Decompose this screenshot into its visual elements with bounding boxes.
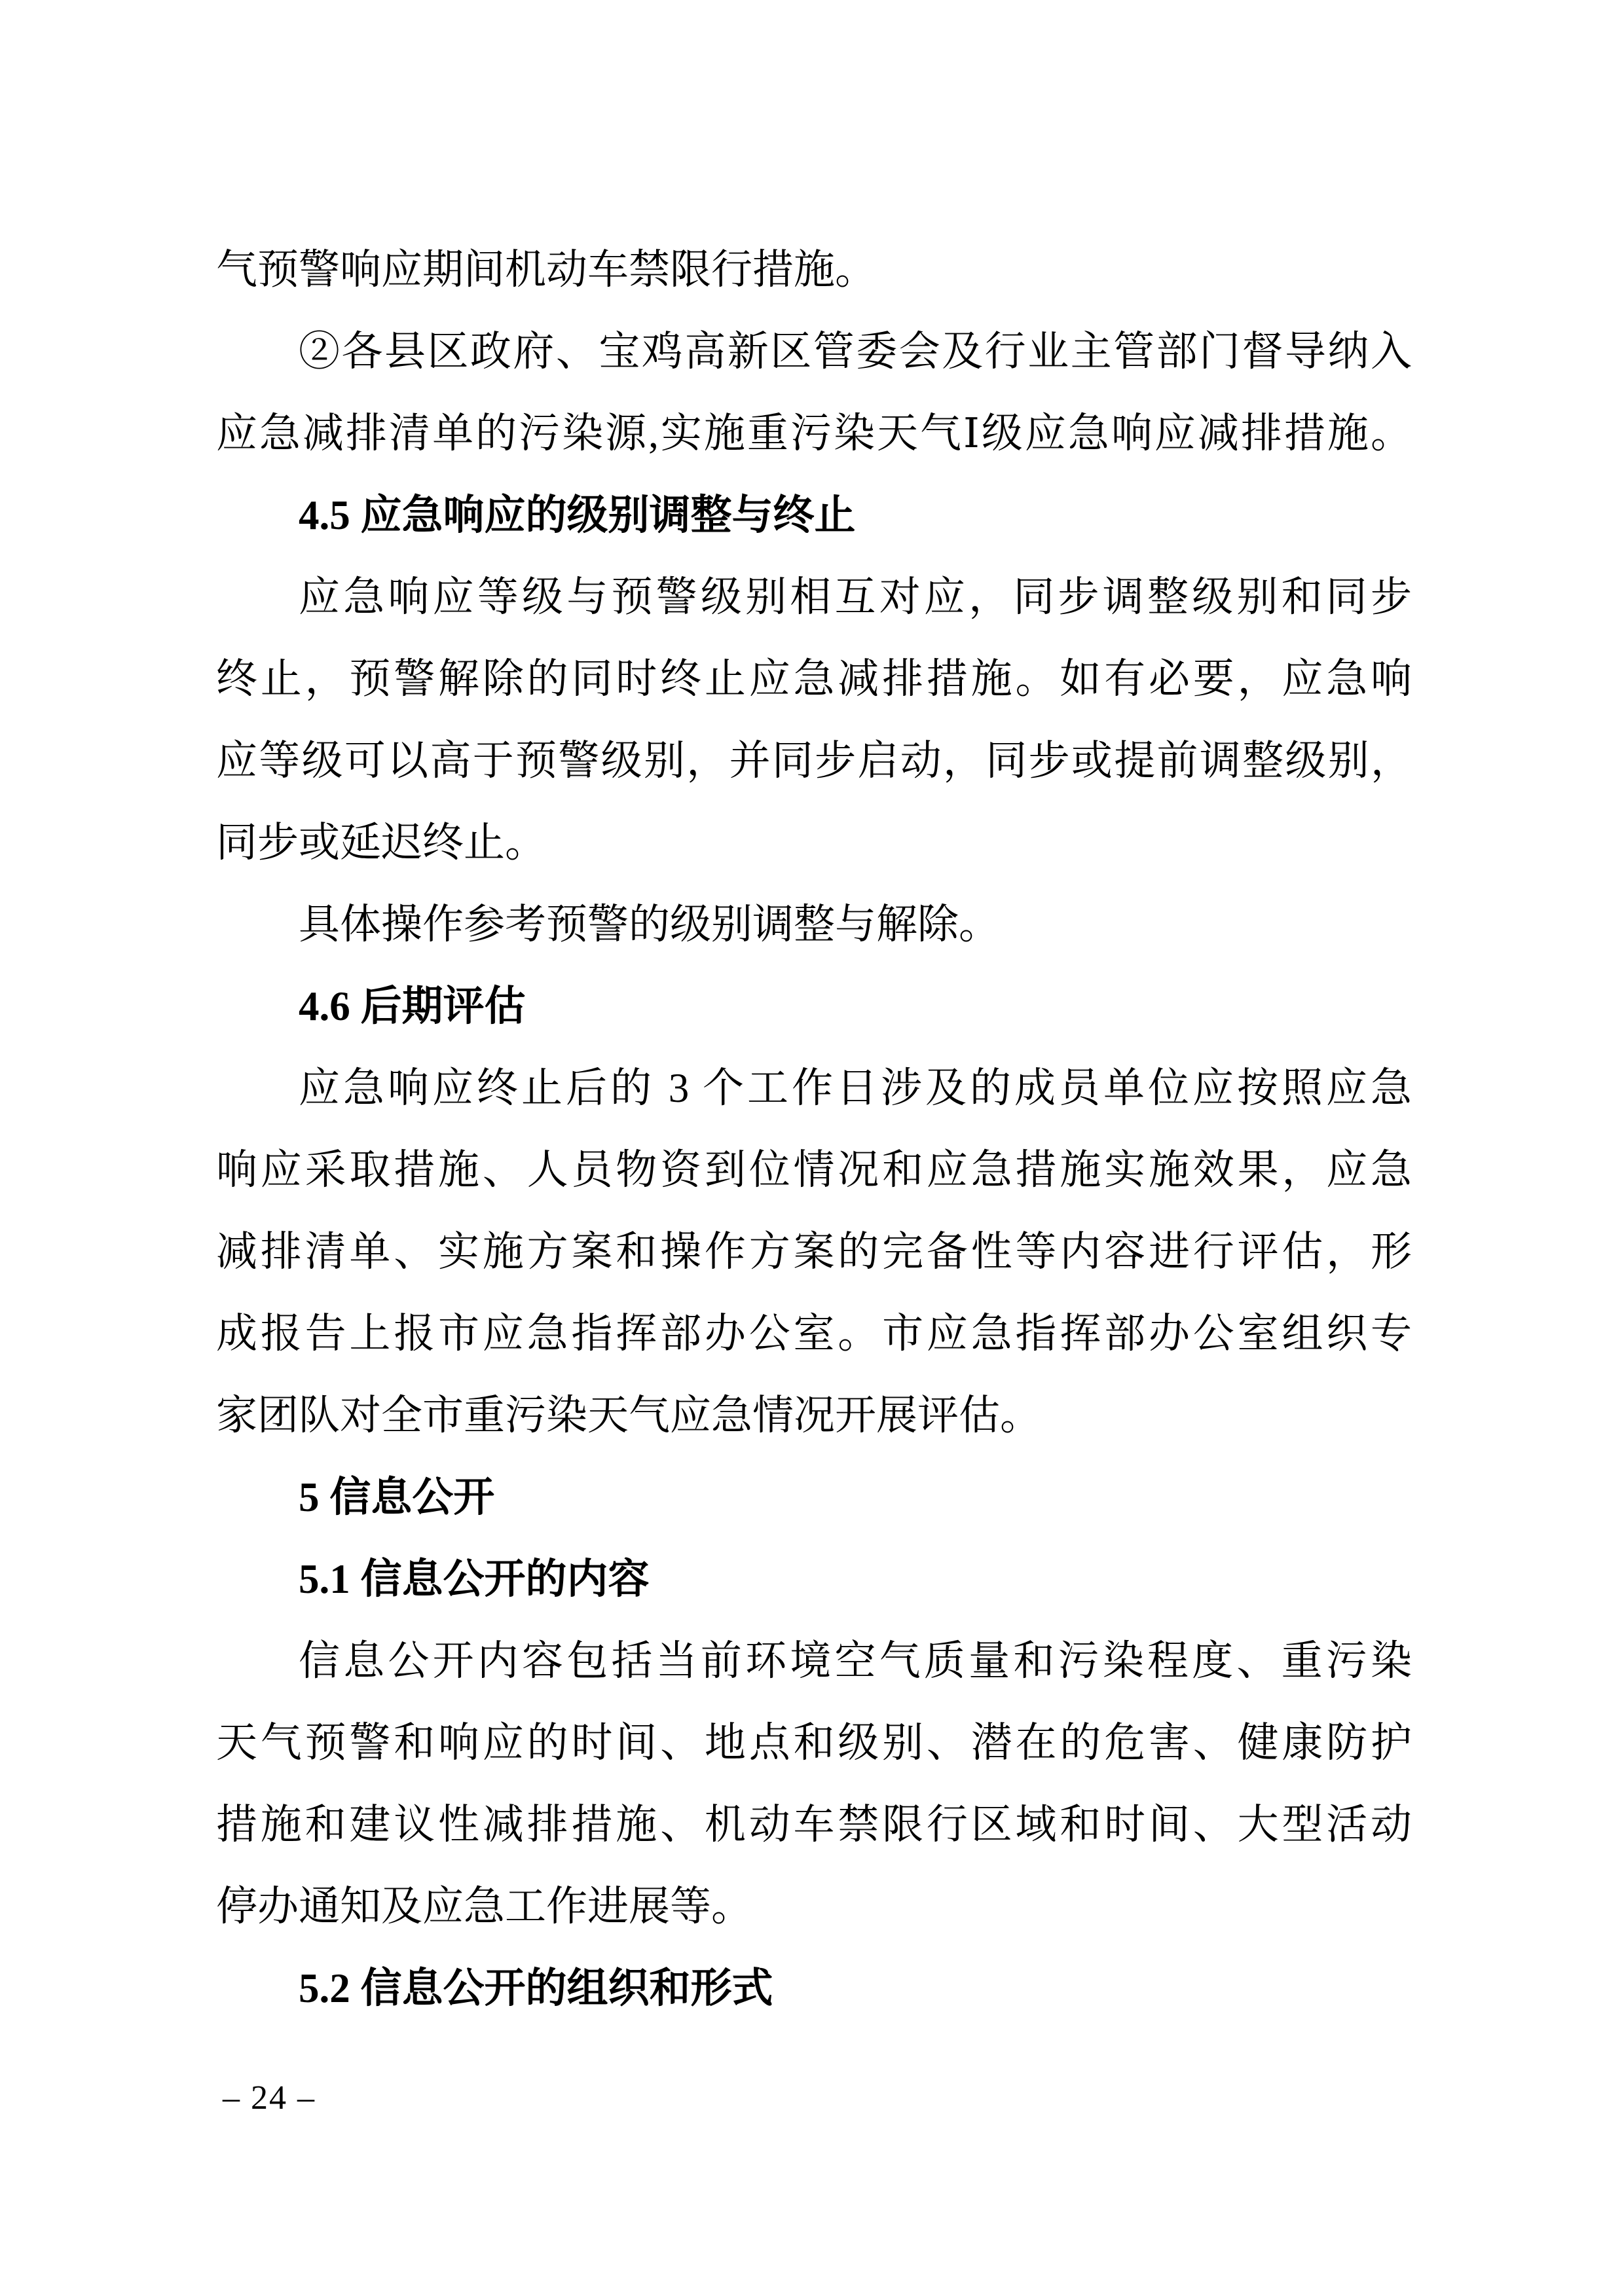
text-line: 天气预警和响应的时间、地点和级别、潜在的危害、健康防护 xyxy=(216,1702,1412,1784)
text-line: 具体操作参考预警的级别调整与解除。 xyxy=(216,884,1412,966)
page-number: – 24 – xyxy=(223,2075,316,2121)
heading-line: 4.6 后期评估 xyxy=(216,966,1412,1048)
text-line: 应急响应终止后的 3 个工作日涉及的成员单位应按照应急 xyxy=(216,1048,1412,1129)
heading-line: 4.5 应急响应的级别调整与终止 xyxy=(216,475,1412,556)
heading-line: 5.2 信息公开的组织和形式 xyxy=(216,1948,1412,2030)
text-line: 响应采取措施、人员物资到位情况和应急措施实施效果，应急 xyxy=(216,1129,1412,1211)
text-line: 应急响应等级与预警级别相互对应，同步调整级别和同步 xyxy=(216,556,1412,638)
text-line: 气预警响应期间机动车禁限行措施。 xyxy=(216,229,1412,311)
text-line: 措施和建议性减排措施、机动车禁限行区域和时间、大型活动 xyxy=(216,1784,1412,1866)
heading-line: 5.1 信息公开的内容 xyxy=(216,1539,1412,1620)
text-line: 家团队对全市重污染天气应急情况开展评估。 xyxy=(216,1375,1412,1457)
text-line: ②各县区政府、宝鸡高新区管委会及行业主管部门督导纳入 xyxy=(216,311,1412,393)
heading-line: 5 信息公开 xyxy=(216,1457,1412,1539)
document-page: 气预警响应期间机动车禁限行措施。②各县区政府、宝鸡高新区管委会及行业主管部门督导… xyxy=(0,0,1624,2296)
text-line: 信息公开内容包括当前环境空气质量和污染程度、重污染 xyxy=(216,1620,1412,1702)
text-line: 同步或延迟终止。 xyxy=(216,802,1412,884)
text-line: 终止，预警解除的同时终止应急减排措施。如有必要，应急响 xyxy=(216,638,1412,720)
document-body: 气预警响应期间机动车禁限行措施。②各县区政府、宝鸡高新区管委会及行业主管部门督导… xyxy=(216,229,1412,2030)
text-line: 成报告上报市应急指挥部办公室。市应急指挥部办公室组织专 xyxy=(216,1293,1412,1375)
text-line: 应急减排清单的污染源,实施重污染天气Ⅰ级应急响应减排措施。 xyxy=(216,393,1412,475)
text-line: 应等级可以高于预警级别，并同步启动，同步或提前调整级别， xyxy=(216,720,1412,802)
text-line: 停办通知及应急工作进展等。 xyxy=(216,1866,1412,1948)
text-line: 减排清单、实施方案和操作方案的完备性等内容进行评估，形 xyxy=(216,1211,1412,1293)
